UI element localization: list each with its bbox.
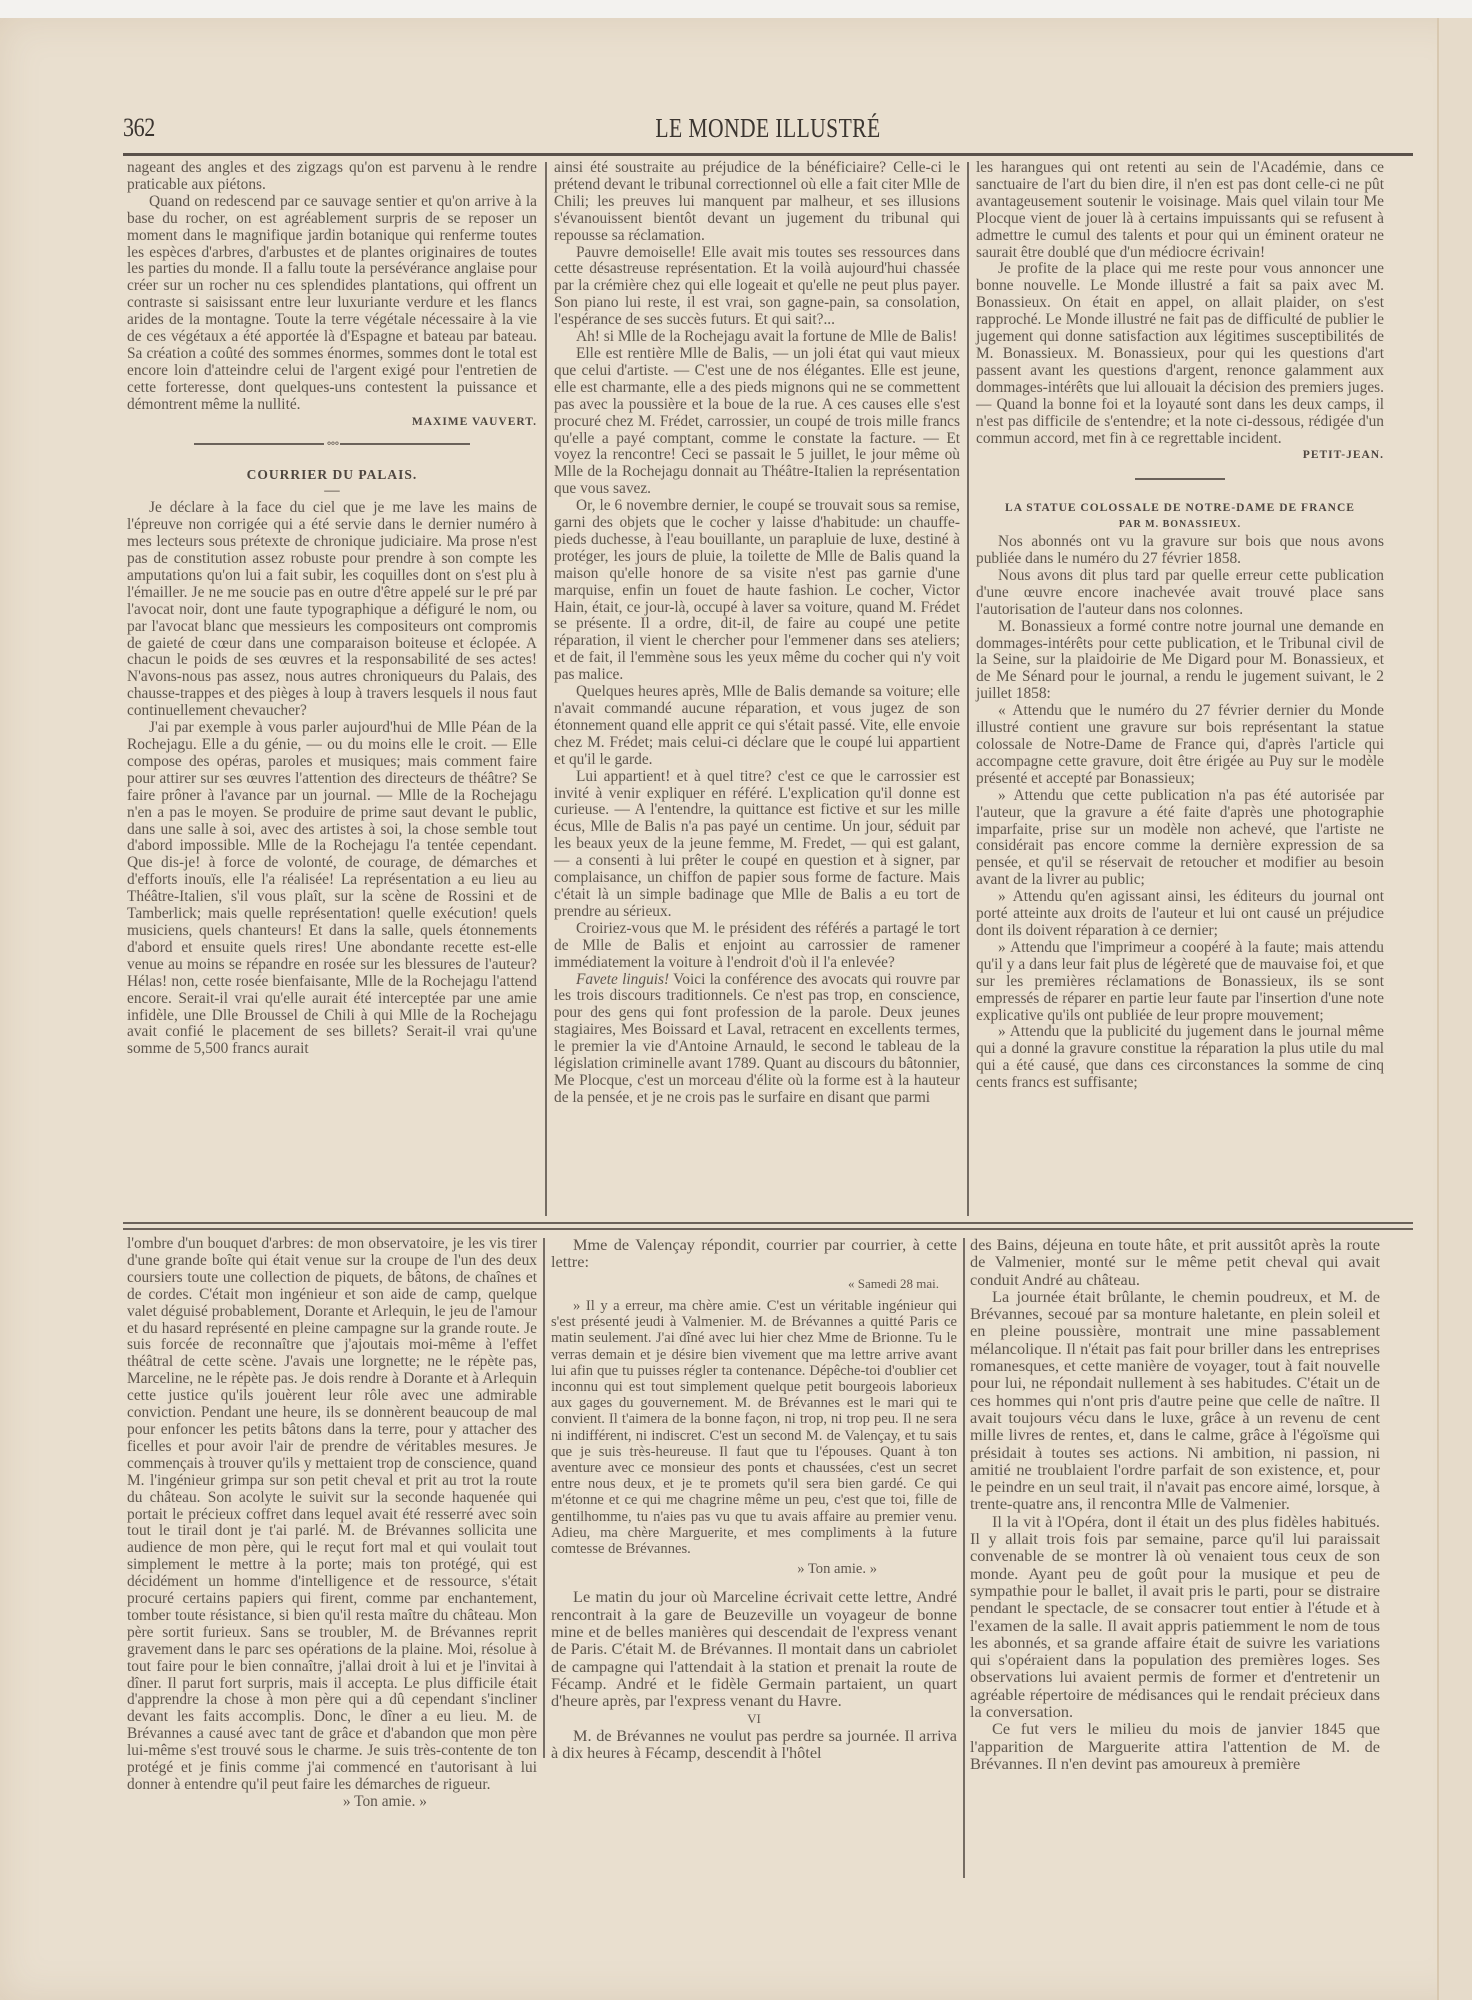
paragraph: M. de Brévannes ne voulut pas perdre sa … (551, 1727, 957, 1762)
paragraph: » Attendu qu'en agissant ainsi, les édit… (976, 889, 1384, 940)
header-rule (123, 153, 1413, 156)
section-title-courrier-du-palais: COURRIER DU PALAIS. (127, 467, 537, 484)
bottom-column-1: l'ombre d'un bouquet d'arbres: de mon ob… (127, 1236, 537, 1811)
paragraph: Ah! si Mlle de la Rochejagu avait la for… (554, 329, 960, 346)
paragraph: J'ai par exemple à vous parler aujourd'h… (127, 720, 537, 1058)
paragraph: M. Bonassieux a formé contre notre journ… (976, 619, 1384, 704)
paragraph: Nous avons dit plus tard par quelle erre… (976, 568, 1384, 619)
column-rule (967, 162, 969, 1216)
paragraph: Or, le 6 novembre dernier, le coupé se t… (554, 498, 960, 684)
ornamental-divider: ∘∘∘ (127, 439, 537, 449)
paragraph: Je profite de la place qui me reste pour… (976, 261, 1384, 447)
paragraph: » Attendu que cette publication n'a pas … (976, 788, 1384, 889)
paragraph: des Bains, déjeuna en toute hâte, et pri… (970, 1236, 1380, 1288)
top-column-1: nageant des angles et des zigzags qu'on … (127, 160, 537, 1058)
column-rule (963, 1238, 965, 1878)
column-rule (545, 162, 547, 1216)
masthead-title: LE MONDE ILLUSTRÉ (252, 113, 1284, 144)
paragraph: Favete linguis! Voici la conférence des … (554, 972, 960, 1107)
paragraph: » Il y a erreur, ma chère amie. C'est un… (551, 1298, 957, 1557)
paragraph: Nos abonnés ont vu la gravure sur bois q… (976, 534, 1384, 568)
paragraph: nageant des angles et des zigzags qu'on … (127, 160, 537, 194)
feuilleton-divider (123, 1222, 1413, 1230)
facing-page-edge (1439, 18, 1472, 2000)
paragraph: Mme de Valençay répondit, courrier par c… (551, 1236, 957, 1271)
paragraph: Je déclare à la face du ciel que je me l… (127, 500, 537, 720)
paragraph: Lui appartient! et à quel titre? c'est c… (554, 769, 960, 921)
letter-closing: » Ton amie. » (551, 1561, 957, 1578)
bottom-column-3: des Bains, déjeuna en toute hâte, et pri… (970, 1236, 1380, 1772)
paragraph: » Attendu que l'imprimeur a coopéré à la… (976, 940, 1384, 1025)
author-signature: MAXIME VAUVERT. (127, 414, 537, 431)
paragraph: Croiriez-vous que M. le président des ré… (554, 921, 960, 972)
latin-phrase: Favete linguis! (576, 971, 669, 988)
title-dash: — (127, 483, 537, 500)
chapter-number: VI (551, 1710, 957, 1727)
paragraph: Pauvre demoiselle! Elle avait mis toutes… (554, 245, 960, 330)
paragraph: ainsi été soustraite au préjudice de la … (554, 160, 960, 245)
section-title-statue: LA STATUE COLOSSALE DE NOTRE-DAME DE FRA… (976, 500, 1384, 517)
author-signature: PETIT-JEAN. (976, 447, 1384, 464)
letter-closing: » Ton amie. » (127, 1794, 537, 1811)
paragraph: Il la vit à l'Opéra, dont il était un de… (970, 1513, 1380, 1721)
page-number: 362 (123, 113, 155, 143)
column-rule (543, 1238, 545, 1758)
section-subtitle: PAR M. BONASSIEUX. (976, 517, 1384, 534)
top-column-2: ainsi été soustraite au préjudice de la … (554, 160, 960, 1107)
paragraph: La journée était brûlante, le chemin pou… (970, 1288, 1380, 1513)
paragraph: Elle est rentière Mlle de Balis, — un jo… (554, 346, 960, 498)
paragraph: Le matin du jour où Marceline écrivait c… (551, 1588, 957, 1709)
paragraph: » Attendu que la publicité du jugement d… (976, 1024, 1384, 1092)
paragraph: Ce fut vers le milieu du mois de janvier… (970, 1720, 1380, 1772)
paragraph: Quand on redescend par ce sauvage sentie… (127, 194, 537, 414)
paragraph: « Attendu que le numéro du 27 février de… (976, 703, 1384, 788)
paragraph: Quelques heures après, Mlle de Balis dem… (554, 684, 960, 769)
paragraph: les harangues qui ont retenti au sein de… (976, 160, 1384, 261)
page-header: 362 LE MONDE ILLUSTRÉ (123, 105, 1413, 145)
top-column-3: les harangues qui ont retenti au sein de… (976, 160, 1384, 1092)
paragraph: l'ombre d'un bouquet d'arbres: de mon ob… (127, 1236, 537, 1794)
page-fold (1437, 18, 1439, 2000)
letter-dateline: « Samedi 28 mai. (551, 1275, 957, 1292)
bottom-column-2: Mme de Valençay répondit, courrier par c… (551, 1236, 957, 1761)
short-divider (1135, 478, 1225, 480)
